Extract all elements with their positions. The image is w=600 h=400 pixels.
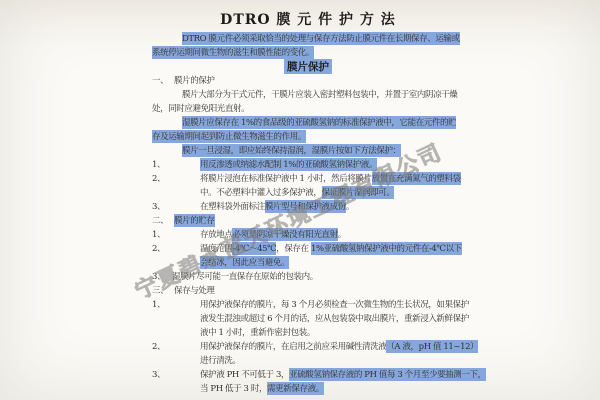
list-marker: 2、 (152, 172, 200, 186)
text-line: 一、膜片的保护 (152, 74, 464, 88)
text-segment: 当 PH 低于 3 时， (200, 384, 267, 394)
text-segment: 液中 1 小时，重新作密封包装。 (200, 328, 315, 338)
list-marker: 三、 (152, 284, 174, 298)
text-segment: 用保护液保存的膜片，在启用之前应采用碱性清洗液 (200, 342, 386, 352)
text-segment: 保护液 PH 不可低于 3， (200, 370, 289, 380)
text-segment: ，保存在 (276, 244, 311, 254)
text-line: DTRO 膜元件必须采取恰当的处理与保存方法防止膜元件在长期保存、运输或 (152, 32, 464, 46)
document-title: DTRO 膜 元 件 护 方 法 (152, 9, 464, 29)
text-line: 3、在塑料袋外面标注膜片型号和保护液成份。 (152, 200, 464, 214)
highlighted-text: 亚硫酸氢钠保存液的 PH 值每 3 个月至少要抽测一下， (289, 368, 486, 381)
text-line: 进行清洗。 (152, 354, 464, 368)
text-segment: 温度范围 (200, 244, 232, 254)
text-line: 湿膜片应保存在 1%的食品级的亚硫酸氢钠的标准保护液中，它能在元件的贮 (152, 116, 464, 130)
text-segment: 湿膜片尽可能一直保存在原始的包装内。 (172, 272, 318, 282)
list-marker: 二、 (152, 214, 174, 228)
highlighted-text: 1%亚硫酸氢钠保护液中的元件在-4℃以下 (311, 242, 462, 255)
text-line: 系统停运期间微生物的滋生和膜性能的变化。 (152, 46, 464, 60)
text-segment: 处，同时应避免阳光直射。 (152, 104, 249, 114)
list-marker: 1、 (152, 158, 200, 172)
text-line: 存及运输期间起到防止微生物滋生的作用。 (152, 130, 464, 144)
highlighted-text: 系统停运期间微生物的滋生和膜性能的变化。 (152, 46, 314, 59)
text-line: 二、膜片的贮存 (152, 214, 464, 228)
text-line: 当 PH 低于 3 时，需更新保存液。 (152, 382, 464, 396)
highlighted-text: 会结冰，因此应当避免。 (200, 256, 289, 269)
text-line: 液发生混浊或超过 6 个月的话，应从包装袋中取出膜片，重新浸入新鲜保护 (152, 312, 464, 326)
highlighted-text: 膜片型号和保护液成份 (265, 200, 346, 213)
text-line: 会结冰，因此应当避免。 (152, 256, 464, 270)
text-segment: 在塑料袋外面标注 (200, 202, 265, 212)
highlighted-text: 存及运输期间起到防止微生物滋生的作用。 (152, 130, 306, 143)
list-marker: 1、 (152, 228, 200, 242)
document-body: DTRO 膜元件必须采取恰当的处理与保存方法防止膜元件在长期保存、运输或系统停运… (152, 32, 464, 396)
text-line: 处，同时应避免阳光直射。 (152, 102, 464, 116)
text-segment: 保存与处理 (174, 286, 215, 296)
text-line: 中。不必塑料中灌入过多保护液，保证膜片湿润即可。 (152, 186, 464, 200)
text-segment: 。 (338, 230, 346, 240)
highlighted-text: 需更新保存液。 (267, 382, 324, 395)
text-line: 2、将膜片浸泡在标准保护液中 1 小时，然后将膜片放置在充满氮气的塑料袋 (152, 172, 464, 186)
highlighted-text: 膜片保护 (284, 59, 332, 74)
list-marker: 3、 (152, 270, 172, 284)
text-line: 膜片大部分为干式元件，干膜片应装入密封塑料包装中，并置于室内阴凉干燥 (152, 88, 464, 102)
text-line: 三、保存与处理 (152, 284, 464, 298)
highlighted-text: -4℃～45℃ (232, 242, 276, 255)
list-marker: 1、 (152, 298, 200, 312)
text-segment: 膜片的保护 (174, 76, 215, 86)
text-segment: 用保护液保存的膜片，每 3 个月必须检查一次微生物的生长状况，如果保护 (200, 300, 469, 310)
text-segment: 中。不必塑料中灌入过多保护液， (200, 188, 322, 198)
text-line: 1、存放地点必须是阴凉干燥没有阳光直射。 (152, 228, 464, 242)
list-marker: 3、 (152, 200, 200, 214)
highlighted-text: DTRO 膜元件必须采取恰当的处理与保存方法防止膜元件在长期保存、运输或 (182, 32, 460, 45)
highlighted-text: 必须是阴凉干燥没有阳光直射 (232, 228, 337, 241)
highlighted-text: 保证膜片湿润即可。 (322, 186, 395, 199)
text-line: 3、湿膜片尽可能一直保存在原始的包装内。 (152, 270, 464, 284)
text-segment: 膜片大部分为干式元件，干膜片应装入密封塑料包装中，并置于室内阴凉干燥 (182, 90, 457, 100)
highlighted-text: 用反渗透或纳滤水配制 1%的亚硫酸氢钠保护液。 (200, 158, 377, 171)
document-page: DTRO 膜 元 件 护 方 法 DTRO 膜元件必须采取恰当的处理与保存方法防… (0, 0, 600, 400)
text-segment: 进行清洗。 (200, 356, 241, 366)
text-line: 1、用反渗透或纳滤水配制 1%的亚硫酸氢钠保护液。 (152, 158, 464, 172)
highlighted-text: 湿膜片应保存在 1%的食品级的亚硫酸氢钠的标准保护液中，它能在元件的贮 (182, 116, 456, 129)
highlighted-text: （A 液，pH 值 11~12） (386, 340, 478, 353)
text-line: 2、用保护液保存的膜片，在启用之前应采用碱性清洗液（A 液，pH 值 11~12… (152, 340, 464, 354)
highlighted-text: 膜片的贮存 (174, 214, 215, 227)
text-line: 1、用保护液保存的膜片，每 3 个月必须检查一次微生物的生长状况，如果保护 (152, 298, 464, 312)
text-line: 3、保护液 PH 不可低于 3，亚硫酸氢钠保存液的 PH 值每 3 个月至少要抽… (152, 368, 464, 382)
text-segment: 将膜片浸泡在标准保护液中 1 小时，然后将膜片 (200, 174, 372, 184)
list-marker: 2、 (152, 340, 200, 354)
highlighted-text: 膜片一旦浸湿，即应始终保持湿润，湿膜片按如下方法保护： (182, 144, 401, 157)
highlighted-text: 放置在充满氮气的塑料袋 (372, 172, 461, 185)
text-segment: 。 (346, 202, 354, 212)
list-marker: 3、 (152, 368, 200, 382)
text-line: 液中 1 小时，重新作密封包装。 (152, 326, 464, 340)
list-marker: 一、 (152, 74, 174, 88)
text-line: 2、温度范围-4℃～45℃，保存在 1%亚硫酸氢钠保护液中的元件在-4℃以下 (152, 242, 464, 256)
list-marker: 2、 (152, 242, 200, 256)
text-segment: 存放地点 (200, 230, 232, 240)
text-segment: 液发生混浊或超过 6 个月的话，应从包装袋中取出膜片，重新浸入新鲜保护 (200, 314, 469, 324)
text-line: 膜片一旦浸湿，即应始终保持湿润，湿膜片按如下方法保护： (152, 144, 464, 158)
section-heading: 膜片保护 (152, 60, 464, 74)
